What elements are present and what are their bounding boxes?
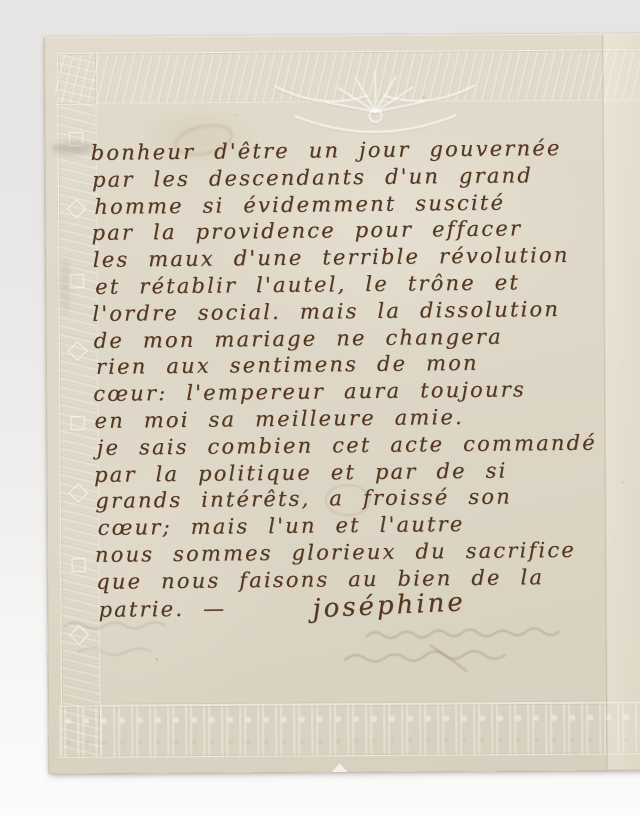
letter-line: nous sommes glorieux du sacrifice <box>95 536 640 569</box>
signature: joséphine <box>312 589 466 623</box>
handwriting-block: bonheur d'être un jour gouvernée par les… <box>91 134 640 622</box>
letter-line: l'ordre social. mais la dissolution <box>92 295 637 328</box>
closing-word: patrie. — <box>98 595 226 623</box>
letter-line: les maux d'une terrible révolution <box>92 241 637 274</box>
letter-line: bonheur d'être un jour gouvernée <box>91 134 636 167</box>
closing-line: patrie. — joséphine <box>95 590 640 623</box>
letter-line: je sais combien cet acte commandé <box>94 429 639 462</box>
photo-backdrop: bonheur d'être un jour gouvernée par les… <box>0 0 640 816</box>
letter-paper: bonheur d'être un jour gouvernée par les… <box>44 33 640 774</box>
